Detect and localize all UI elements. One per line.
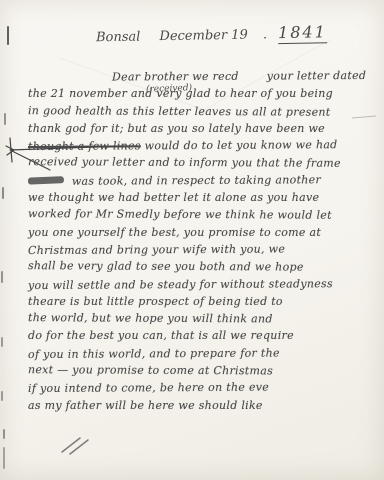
letter-text: your letter dated <box>267 69 367 83</box>
letter-text: the world, but we hope you will think an… <box>28 311 273 325</box>
letter-line: of you in this world, and to prepare for… <box>28 344 364 363</box>
letter-text: Christmas and bring your wife with you, … <box>28 242 285 257</box>
heading-dot: . <box>263 27 267 42</box>
letter-text: the 21 november and very glad to hear of… <box>28 87 333 100</box>
heading-year: 1841 <box>278 22 327 44</box>
letter-text: next — you promise to come at Christmas <box>28 363 273 377</box>
letter-text: worked for Mr Smedly before we think he … <box>28 207 332 222</box>
letter-text: Dear brother we recd <box>112 70 239 84</box>
letter-line: shall be very glad to see you both and w… <box>28 257 364 276</box>
letter-line: received your letter and to inform you t… <box>28 154 364 173</box>
letter-line: you will settle and be steady for withou… <box>28 275 364 294</box>
letter-text: received your letter and to inform you t… <box>28 156 341 171</box>
letter-text: was took, and in respect to taking anoth… <box>68 173 321 188</box>
letter-line: if you intend to come, be here on the ev… <box>28 378 364 397</box>
letter-line: was took, and in respect to taking anoth… <box>28 171 364 190</box>
letter-text: we thought we had better let it alone as… <box>28 191 319 204</box>
scanned-letter-page: Bonsal December 19 . 1841 (received) Dea… <box>0 0 384 480</box>
heading-place: Bonsal <box>96 29 141 45</box>
letter-text: if you intend to come, be here on the ev… <box>28 381 269 395</box>
letter-text: would do to let you know we had <box>141 138 338 152</box>
letter-text: you one yourself the best, you promise t… <box>28 226 321 239</box>
letter-line: the world, but we hope you will think an… <box>28 309 364 328</box>
letter-text: thank god for it; but as you so lately h… <box>28 122 325 135</box>
letter-text: shall be very glad to see you both and w… <box>28 259 304 273</box>
letter-text: theare is but little prospect of being t… <box>28 295 283 308</box>
letter-line: theare is but little prospect of being t… <box>28 293 364 310</box>
letter-text: do for the best you can, that is all we … <box>28 329 294 342</box>
ink-blot <box>28 176 64 184</box>
struck-out-text: thought a few lines <box>28 140 141 154</box>
letter-line: in good health as this letter leaves us … <box>28 102 364 121</box>
letter-line: we thought we had better let it alone as… <box>28 189 364 206</box>
margin-tick-marks <box>2 27 8 468</box>
letter-line: you one yourself the best, you promise t… <box>28 224 364 241</box>
letter-line: thank god for it; but as you so lately h… <box>28 120 364 137</box>
letter-heading: Bonsal December 19 . 1841 <box>96 22 356 46</box>
heading-date: December 19 <box>159 28 248 45</box>
letter-text: of you in this world, and to prepare for… <box>28 346 280 361</box>
letter-line: worked for Mr Smedly before we think he … <box>28 205 364 224</box>
letter-text: in good health as this letter leaves us … <box>28 104 331 119</box>
letter-body: Dear brother we recdyour letter datedthe… <box>28 68 364 414</box>
letter-text: you will settle and be steady for withou… <box>28 277 333 292</box>
pen-scratch-marks <box>62 438 88 454</box>
letter-line: as my father will be here we should like <box>28 397 364 414</box>
letter-line: do for the best you can, that is all we … <box>28 327 364 344</box>
letter-line: Christmas and bring your wife with you, … <box>28 240 364 259</box>
letter-line: the 21 november and very glad to hear of… <box>28 85 364 102</box>
letter-text: as my father will be here we should like <box>28 399 263 412</box>
letter-line: Dear brother we recdyour letter dated <box>28 67 364 86</box>
